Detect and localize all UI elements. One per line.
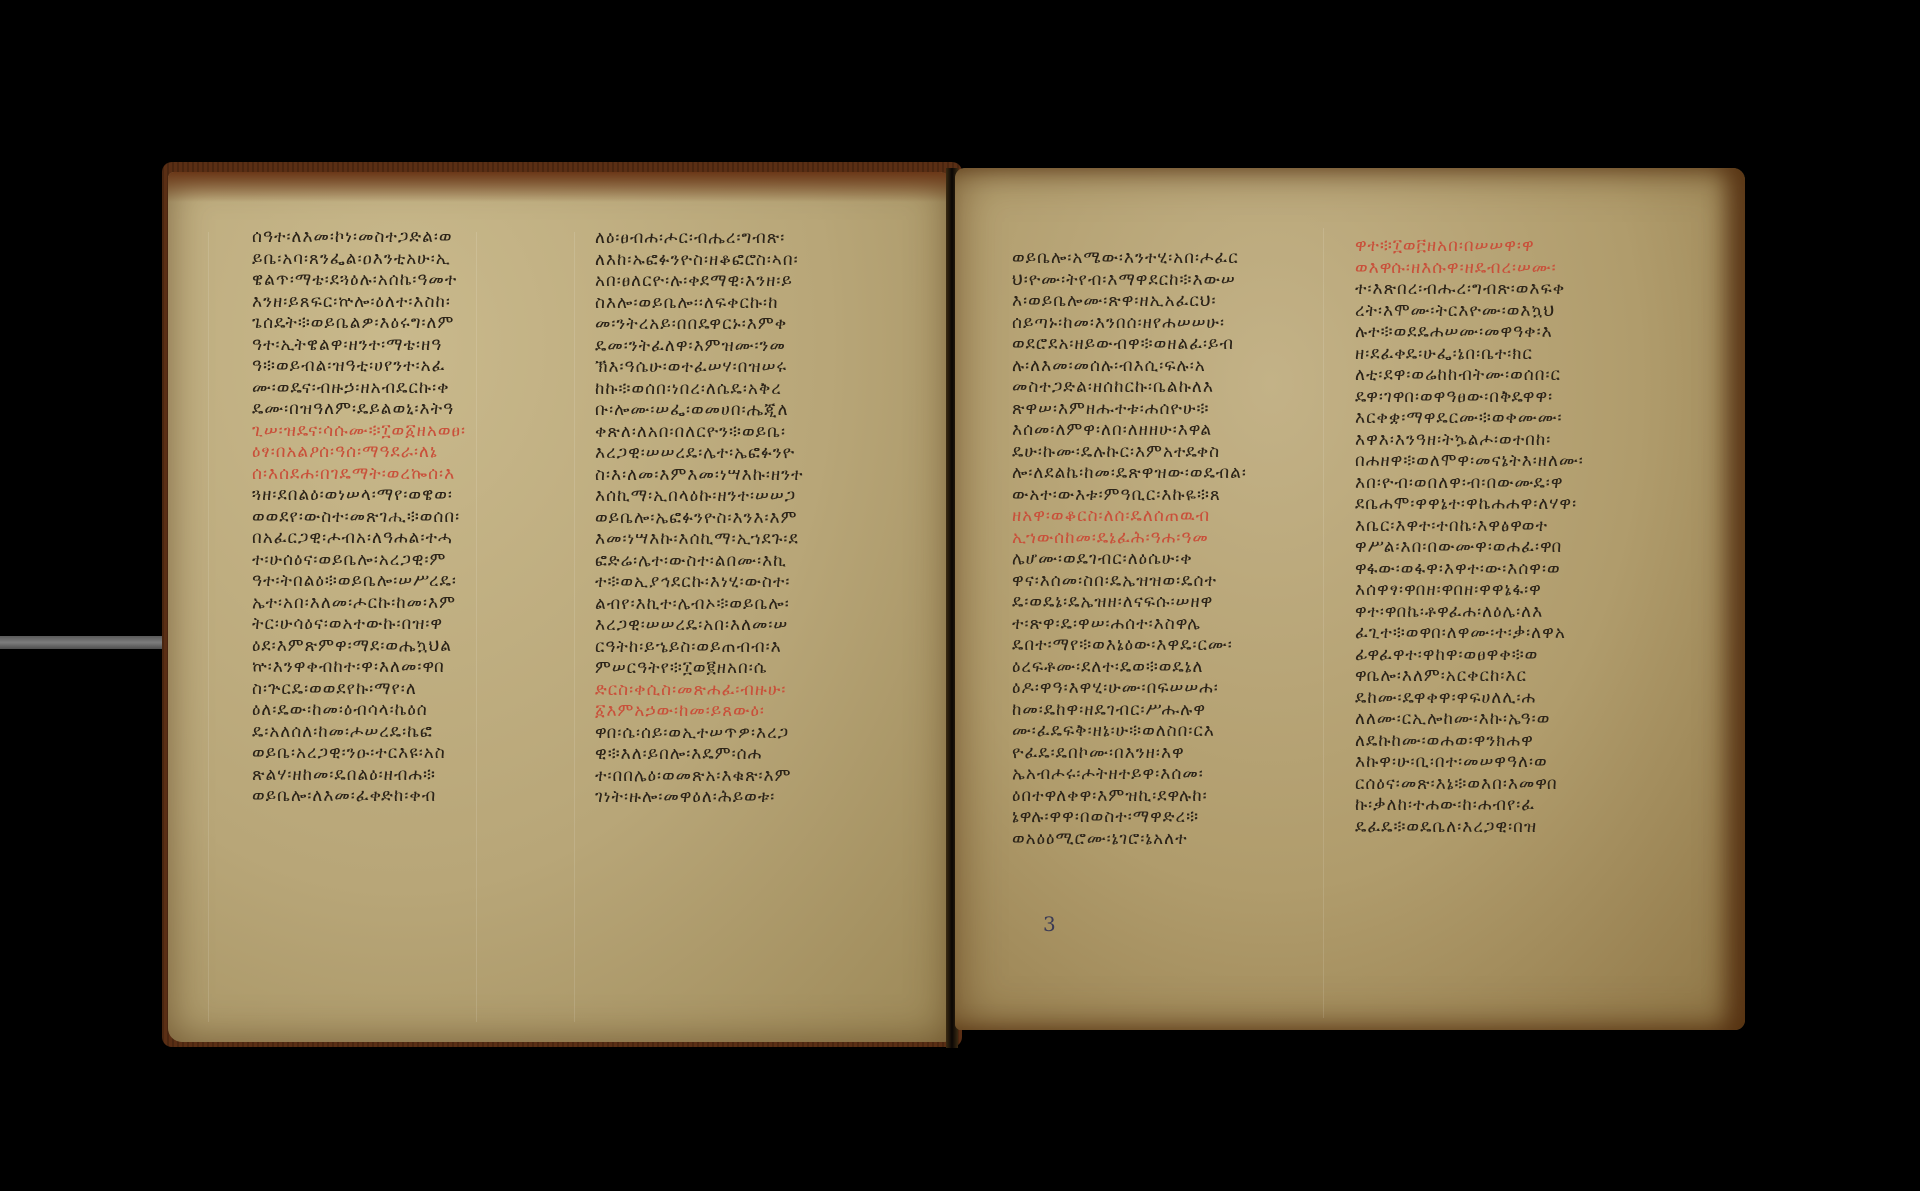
text-line: ልብየ፡እኪተ፡ሌብኦ፨ወይቤሎ፡ [595, 594, 895, 616]
text-line: ወአዕዕሚሮሙ፡ኔገሮ፡ኔአለተ [1012, 829, 1312, 851]
text-line: ወይቤሎ፡ኤፎፉንዮስ፡እንእ፡እም [595, 508, 895, 530]
text-line: ረት፡እሞሙ፡ትርእዮሙ፡ወእኳህ [1355, 301, 1655, 323]
text-line: ተ፡በበሌዕ፡ወመጽአ፡እቁጽ፡እም [595, 766, 895, 788]
text-line: ስእሎ፡ወይቤሎ፡፡ለፍቀርኩ፡ከ [595, 293, 895, 315]
text-line: ሎ፡ለደልኬ፡ከመ፡ዴጽዋዝው፡ወዴብል፡ [1012, 463, 1312, 485]
text-line: ወይቤሎ፡ለእመ፡ፈቀድከ፡ቀብ [252, 786, 542, 808]
text-line: በአፈርጋዊ፡ሖብአ፡ለዓሐል፡ተሓ [252, 528, 542, 550]
text-line: ኤተ፡አበ፡እለመ፡ሖርኩ፡ከመ፡እም [252, 593, 542, 615]
text-line: ዕለ፡ዴው፡ከመ፡ዕብሳላ፡ኬዕሰ [252, 700, 542, 722]
text-line: አበ፡ፀለርዮ፡ሉ፡ቀደማዊ፡እንዘ፡ይ [595, 271, 895, 293]
text-line: ዴፈዴ፨ወዴቤለ፡እረጋዊ፡በዝ [1355, 817, 1655, 839]
text-line: መስተጋድል፡ዘሰከርኩ፡ቤልኩለእ [1012, 377, 1312, 399]
rubric-line: ዋተ፨፲ወ፫ዘአበ፡በሠሠዋ፡ዋ [1355, 236, 1655, 258]
text-line: እርቀቋ፡ማዋዴርሙ፨ወቀሙሙ፡ [1355, 408, 1655, 430]
text-line: ሰዓተ፡ለእመ፡ኮነ፡መስተጋድል፡ወ [252, 227, 542, 249]
text-line: ፎድሬ፡ሌተ፡ውስተ፡ልበሙ፡እኪ [595, 551, 895, 573]
text-line: ዘ፡ደፈቀዴ፡ሁፌ፡ኔበ፡ቤተ፡ክር [1355, 344, 1655, 366]
text-line: ዕበተዋለቀዋ፡እምዝኪ፡ደዋሉከ፡ [1012, 786, 1312, 808]
text-line: ርሰዕና፡መጽ፡እኔ፨ወእበ፡እመዋበ [1355, 774, 1655, 796]
text-line: ኩ፡ቃለከ፡ተሐው፡ከ፡ሐብየ፡ፈ [1355, 795, 1655, 817]
text-column-right-2: ዋተ፨፲ወ፫ዘአበ፡በሠሠዋ፡ዋወእዋሱ፡ዘእሱዋ፡ዘዴብረ፡ሠሙ፡ተ፡እጽበረ… [1355, 236, 1655, 838]
text-line: ኤአብሖሩ፡ሖትዘተይዋ፡እሰመ፡ [1012, 764, 1312, 786]
text-line: ዴ፡አለሰለ፡ከመ፡ሖሠረዴ፡ኬፎ [252, 722, 542, 744]
text-line: ዓተ፡ትበልዕ፨ወይቤሎ፡ሠሥረዴ፡ [252, 571, 542, 593]
text-line: ርዓትከ፡ይኄይስ፡ወይጠብብ፡እ [595, 637, 895, 659]
text-line: ስ፡እ፡ለመ፡እምእመ፡ነሣእኩ፡ዘንተ [595, 465, 895, 487]
text-line: ዋተ፡ዋበኬ፡ቶዋፈሐ፡ለዕሌ፡ለእ [1355, 602, 1655, 624]
text-line: ውአተ፡ውእቱ፡ምዓቢር፡እኩዬ፨ጸ [1012, 485, 1312, 507]
text-line: ወይቤሎ፡አሜው፡እንተሂ፡አበ፡ሖፈር [1012, 248, 1312, 270]
rubric-line: ኢኀውሰከመ፡ዴኔፈሕ፡ዓሐ፡ዓመ [1012, 528, 1312, 550]
text-line: ትር፡ሁሳዕና፡ወአተውኩ፡በዝ፡ዋ [252, 614, 542, 636]
text-line: ከመ፡ዴከዋ፡ዘዴገብር፡ሥሑሉዋ [1012, 700, 1312, 722]
text-line: ኵ፡እንዋቀብከተ፡ዋ፡እለመ፡ዋበ [252, 657, 542, 679]
text-line: ሙ፡ፈዴፍቅ፡ዘኔ፡ሁ፨ወለስበ፡ርእ [1012, 721, 1312, 743]
text-line: ዴ፡ወዴኔ፡ዴኤዝዘ፡ለናፍሱ፡ሠዘዋ [1012, 592, 1312, 614]
rubric-line: ሰ፡እሰደሐ፡በገዴማት፡ወረኰሰ፡እ [252, 464, 542, 486]
text-line: ይቤ፡አባ፡ጸንፌል፡ዐእንቲአሁ፡ኢ [252, 249, 542, 271]
ruling-line [1323, 228, 1324, 1018]
rubric-line: ፩እምአኃው፡ከመ፡ይጸውዕ፡ [595, 701, 895, 723]
text-line: በሐዘዋ፨ወለሞዋ፡መናኔትእ፡ዘለሙ፡ [1355, 451, 1655, 473]
text-line: ዋበ፡ሴ፡ሰይ፡ወኢተሠጥዎ፡እረጋ [595, 723, 895, 745]
text-line: ዕረፍቶሙ፡ደለተ፡ዴወ፨ወዴኔለ [1012, 657, 1312, 679]
text-line: ዴበተ፡ማየ፨ወእኔዕው፡እዋዴ፡ርሙ፡ [1012, 635, 1312, 657]
text-line: እሰመ፡ለምዋ፡ለበ፡ለዘዘሁ፡እዋል [1012, 420, 1312, 442]
folio-number: 3 [1043, 912, 1056, 936]
text-line: ፊዋፈዋተ፡ዋከዋ፡ወፀዋቀ፨ወ [1355, 645, 1655, 667]
rubric-line: ዘአዋ፡ወቆርስ፡ለሰ፡ዴለሰጠዉብ [1012, 506, 1312, 528]
text-line: ዴሁ፡ኩሙ፡ዴሉኩር፡እምአተዴቀስ [1012, 442, 1312, 464]
text-line: ዴሙ፡በዝዓለም፡ዴይልወኒ፡እትዓ [252, 399, 542, 421]
text-line: ፈጊተ፨ወዋበ፡ለዋሙ፡ተ፡ቃ፡ለዋአ [1355, 623, 1655, 645]
text-line: እሰዋፃ፡ዋበዘ፡ዋበዘ፡ዋዋኔፋ፡ዋ [1355, 580, 1655, 602]
text-line: ለዴኩከሙ፡ወሐወ፡ዋንክሐዋ [1355, 731, 1655, 753]
text-line: ዓተ፡ኢትዌልዋ፡ዘንተ፡ማቴ፡ዘዓ [252, 335, 542, 357]
text-line: ህ፡ዮሙ፡ትየብ፡እማዋደርከ፨እውሠ [1012, 270, 1312, 292]
text-line: ዋና፡እሰመ፡ስበ፡ዴኤዝዝወ፡ዴሰተ [1012, 571, 1312, 593]
rubric-line: ወእዋሱ፡ዘእሱዋ፡ዘዴብረ፡ሠሙ፡ [1355, 258, 1655, 280]
text-line: ዴመ፡ንትፈለዋ፡እምዝሙ፡ንመ [595, 336, 895, 358]
text-column-right-1: ወይቤሎ፡አሜው፡እንተሂ፡አበ፡ሖፈርህ፡ዮሙ፡ትየብ፡እማዋደርከ፨እውሠእ… [1012, 248, 1312, 850]
text-line: ዮፈዴ፡ዴበኮሙ፡በእንዘ፡እዋ [1012, 743, 1312, 765]
text-line: ዋቤሎ፡እለም፡አርቀርከ፡እር [1355, 666, 1655, 688]
right-page: ወይቤሎ፡አሜው፡እንተሂ፡አበ፡ሖፈርህ፡ዮሙ፡ትየብ፡እማዋደርከ፨እውሠእ… [955, 168, 1745, 1030]
text-line: እ፡ወይቤሎሙ፡ጽዋ፡ዘኢአፈርህ፡ [1012, 291, 1312, 313]
text-line: ኔዋሉ፡ዋዋ፡በወስተ፡ማዋድረ፨ [1012, 807, 1312, 829]
text-line: ተ፡ሁሰዕና፡ወይቤሎ፡አረጋዊ፡ም [252, 550, 542, 572]
text-line: ገነት፡ዙሎ፡መዋዕለ፡ሕይወቱ፡ [595, 787, 895, 809]
text-line: ምሠርዓትየ፨፲ወ፪ዘአበ፡ሴ [595, 658, 895, 680]
text-line: እረጋዊ፡ሠሠረዴ፡አበ፡እለመ፡ሠ [595, 615, 895, 637]
text-line: እንዘ፡ይጸፍር፡ኵሎ፡ዕለተ፡እስከ፡ [252, 292, 542, 314]
text-line: እበ፡ዮብ፡ወበለዋ፡ብ፡በውሙዴ፡ዋ [1355, 473, 1655, 495]
text-line: ዋፋው፡ወፋዋ፡እዋተ፡ው፡እሰዋ፡ወ [1355, 559, 1655, 581]
text-line: እኩዋ፡ሁ፡ቢ፡በተ፡መሠዋዓለ፡ወ [1355, 752, 1655, 774]
text-line: ኽእ፡ዓሴሁ፡ወተፈሠሃ፡በዝሠሩ [595, 357, 895, 379]
text-line: ዓ፨ወይብል፡ዝዓቲ፡ሀየንተ፡አፈ [252, 356, 542, 378]
rubric-line: ድርስ፡ቀሲስ፡መጽሐፈ፡ብዙሁ፡ [595, 680, 895, 702]
text-line: ሉ፡ለእመ፡መሰሉ፡ብእሲ፡ፍሉ፡አ [1012, 356, 1312, 378]
text-line: መ፡ንትረአይ፡በበዴዋርኑ፡እምቀ [595, 314, 895, 336]
text-line: ቀጽለ፡ለአበ፡በለርዮን፨ወይቤ፡ [595, 422, 895, 444]
text-line: ስ፡ጕርዴ፡ወወደየኩ፡ማየ፡ለ [252, 679, 542, 701]
text-line: ዴዋ፡ገዋበ፡ወዋዓፀው፡በቅዴዋዋ፡ [1355, 387, 1655, 409]
text-line: ወደሮደአ፡ዘይውብዋ፨ወዘልፈ፡ይብ [1012, 334, 1312, 356]
ruling-line [574, 232, 575, 1022]
left-page: ሰዓተ፡ለእመ፡ኮነ፡መስተጋድል፡ወይቤ፡አባ፡ጸንፌል፡ዐእንቲአሁ፡ኢዌል… [168, 172, 950, 1042]
text-line: ተ፨ወኢያኅደርኩ፡እነሂ፡ውስተ፡ [595, 572, 895, 594]
rubric-line: ዕፃ፡በአልዖሰ፡ዓሰ፡ማዓደራ፡ለኔ [252, 442, 542, 464]
text-line: ጌሰዴት፨ወይቤልዎ፡እዕሩግ፡ለም [252, 313, 542, 335]
torn-edge [168, 172, 950, 202]
text-line: ሌሆሙ፡ወዴገብር፡ለዕሴሁ፡ቀ [1012, 549, 1312, 571]
text-line: ወወደየ፡ውስተ፡መጽገሒ፨ወሰበ፡ [252, 507, 542, 529]
text-line: እመ፡ነሣእኩ፡እሰኪማ፡ኢኀደጉ፡ደ [595, 529, 895, 551]
text-line: ዋሥል፡እበ፡በውሙዋ፡ወሐፈ፡ዋበ [1355, 537, 1655, 559]
text-line: ሰይጣኑ፡ከመ፡እንበሰ፡ዘየሐሠሠሁ፡ [1012, 313, 1312, 335]
text-line: ዴከሙ፡ዴዋቀዋ፡ዋፍሀለሊ፡ሐ [1355, 688, 1655, 710]
text-line: ዊ፨እለ፡ይበሎ፡እዴም፡ሰሐ [595, 744, 895, 766]
text-line: ዕደ፡እምጽምዋ፡ማደ፡ወሔኳህል [252, 636, 542, 658]
text-column-left-2: ለዕ፡ፀብሐ፡ሖር፡ብሔረ፡ግብጽ፡ለእከ፡ኡፎፉንዮስ፡ዘቆፎሮስ፡ኣበ፡አበ… [595, 228, 895, 809]
text-line: ለዕ፡ፀብሐ፡ሖር፡ብሔረ፡ግብጽ፡ [595, 228, 895, 250]
text-line: ጽዋሠ፡እምዘሑተቱ፡ሐሰዮሁ፨ [1012, 399, 1312, 421]
text-line: እሰኪማ፡ኢበላዕኩ፡ዘንተ፡ሠሠጋ [595, 486, 895, 508]
text-line: ለእከ፡ኡፎፉንዮስ፡ዘቆፎሮስ፡ኣበ፡ [595, 250, 895, 272]
text-line: ቡ፡ሎሙ፡ሠፌ፡ወመሀበ፡ሔጂለ [595, 400, 895, 422]
text-line: ጓዘ፡ደበልዕ፡ወነሠላ፡ማየ፡ወዌወ፡ [252, 485, 542, 507]
text-line: ተ፡ጽዋ፡ዴ፡ዋሠ፡ሐሰተ፡እስዋሌ [1012, 614, 1312, 636]
text-line: ደቤሐሞ፡ዋዋኔተ፡ዋኬሐሐዋ፡ለሃዋ፡ [1355, 494, 1655, 516]
rubric-line: ጊሠ፡ዝዴና፡ሳሱሙ፨፲ወ፩ዘአወፀ፡ [252, 421, 542, 443]
text-line: ዕዶ፡ዋዓ፡እዋሂ፡ሁሙ፡በፍሠሠሐ፡ [1012, 678, 1312, 700]
text-line: ሉተ፨ወደዴሐሠሙ፡መዋዓቀ፡እ [1355, 322, 1655, 344]
text-line: ጽልሃ፡ዘከመ፡ዴበልዕ፡ዘብሐ፨ [252, 765, 542, 787]
text-line: ለቲ፡ደዋ፡ወሬከከብትሙ፡ወሰበ፡ር [1355, 365, 1655, 387]
text-line: እቤር፡እዋተ፡ተበኬ፡እዋፅዋወተ [1355, 516, 1655, 538]
text-line: እረጋዊ፡ሠሠረዴ፡ሌተ፡ኤፎፉንዮ [595, 443, 895, 465]
text-line: ሙ፡ወዴና፡ብዙኃ፡ዘአብዴርኩ፡ቀ [252, 378, 542, 400]
text-line: እዋእ፡እንዓዘ፡ትኴልሖ፡ወተበከ፡ [1355, 430, 1655, 452]
text-line: ዌልጥ፡ማቴ፡ደጓዕሉ፡አሰኬ፡ዓመተ [252, 270, 542, 292]
text-column-left-1: ሰዓተ፡ለእመ፡ኮነ፡መስተጋድል፡ወይቤ፡አባ፡ጸንፌል፡ዐእንቲአሁ፡ኢዌል… [252, 227, 542, 808]
text-line: ተ፡እጽበረ፡ብሑረ፡ግብጽ፡ወእፍቀ [1355, 279, 1655, 301]
text-line: ከኩ፨ወሰበ፡ነበረ፡ለሴዴ፡አቅረ [595, 379, 895, 401]
text-line: ለለሙ፡ርኢሎከሙ፡እኩ፡ኤዓ፡ወ [1355, 709, 1655, 731]
text-line: ወይቤ፡አረጋዊ፡ንዑ፡ተርእዩ፡አስ [252, 743, 542, 765]
ruling-line [208, 232, 209, 1022]
